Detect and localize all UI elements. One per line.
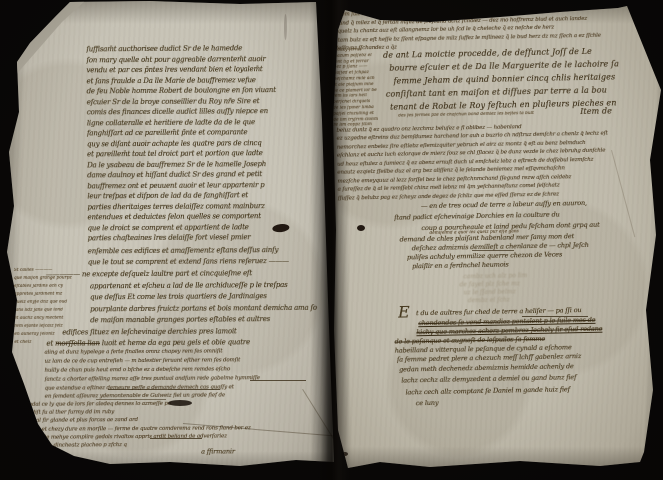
strike-line <box>522 316 588 317</box>
folio-number: ffo 5 <box>336 2 376 12</box>
crease-line <box>611 150 635 237</box>
ink-scribble <box>168 400 192 406</box>
manuscript-scan-photo: ſuffisam̄t aucthorisee dudict Sr de le h… <box>0 0 663 480</box>
left-page-marks <box>0 0 340 480</box>
left-page: ſuffisam̄t aucthorisee dudict Sr de le h… <box>0 0 340 480</box>
right-page: ffo 5 Jtem fait recongnoiſtre pnce a leſ… <box>322 0 663 480</box>
strike-line <box>56 343 100 344</box>
strike-line <box>150 438 202 439</box>
ink-blot <box>272 223 290 233</box>
strike-line <box>250 380 306 381</box>
crease-line <box>183 423 339 437</box>
ink-blot <box>357 225 365 231</box>
smudge <box>284 14 287 40</box>
strike-line <box>108 389 220 390</box>
right-page-marks <box>322 0 663 480</box>
ink-blot <box>342 452 348 456</box>
underline-stroke <box>96 399 166 400</box>
strike-line <box>472 250 514 251</box>
